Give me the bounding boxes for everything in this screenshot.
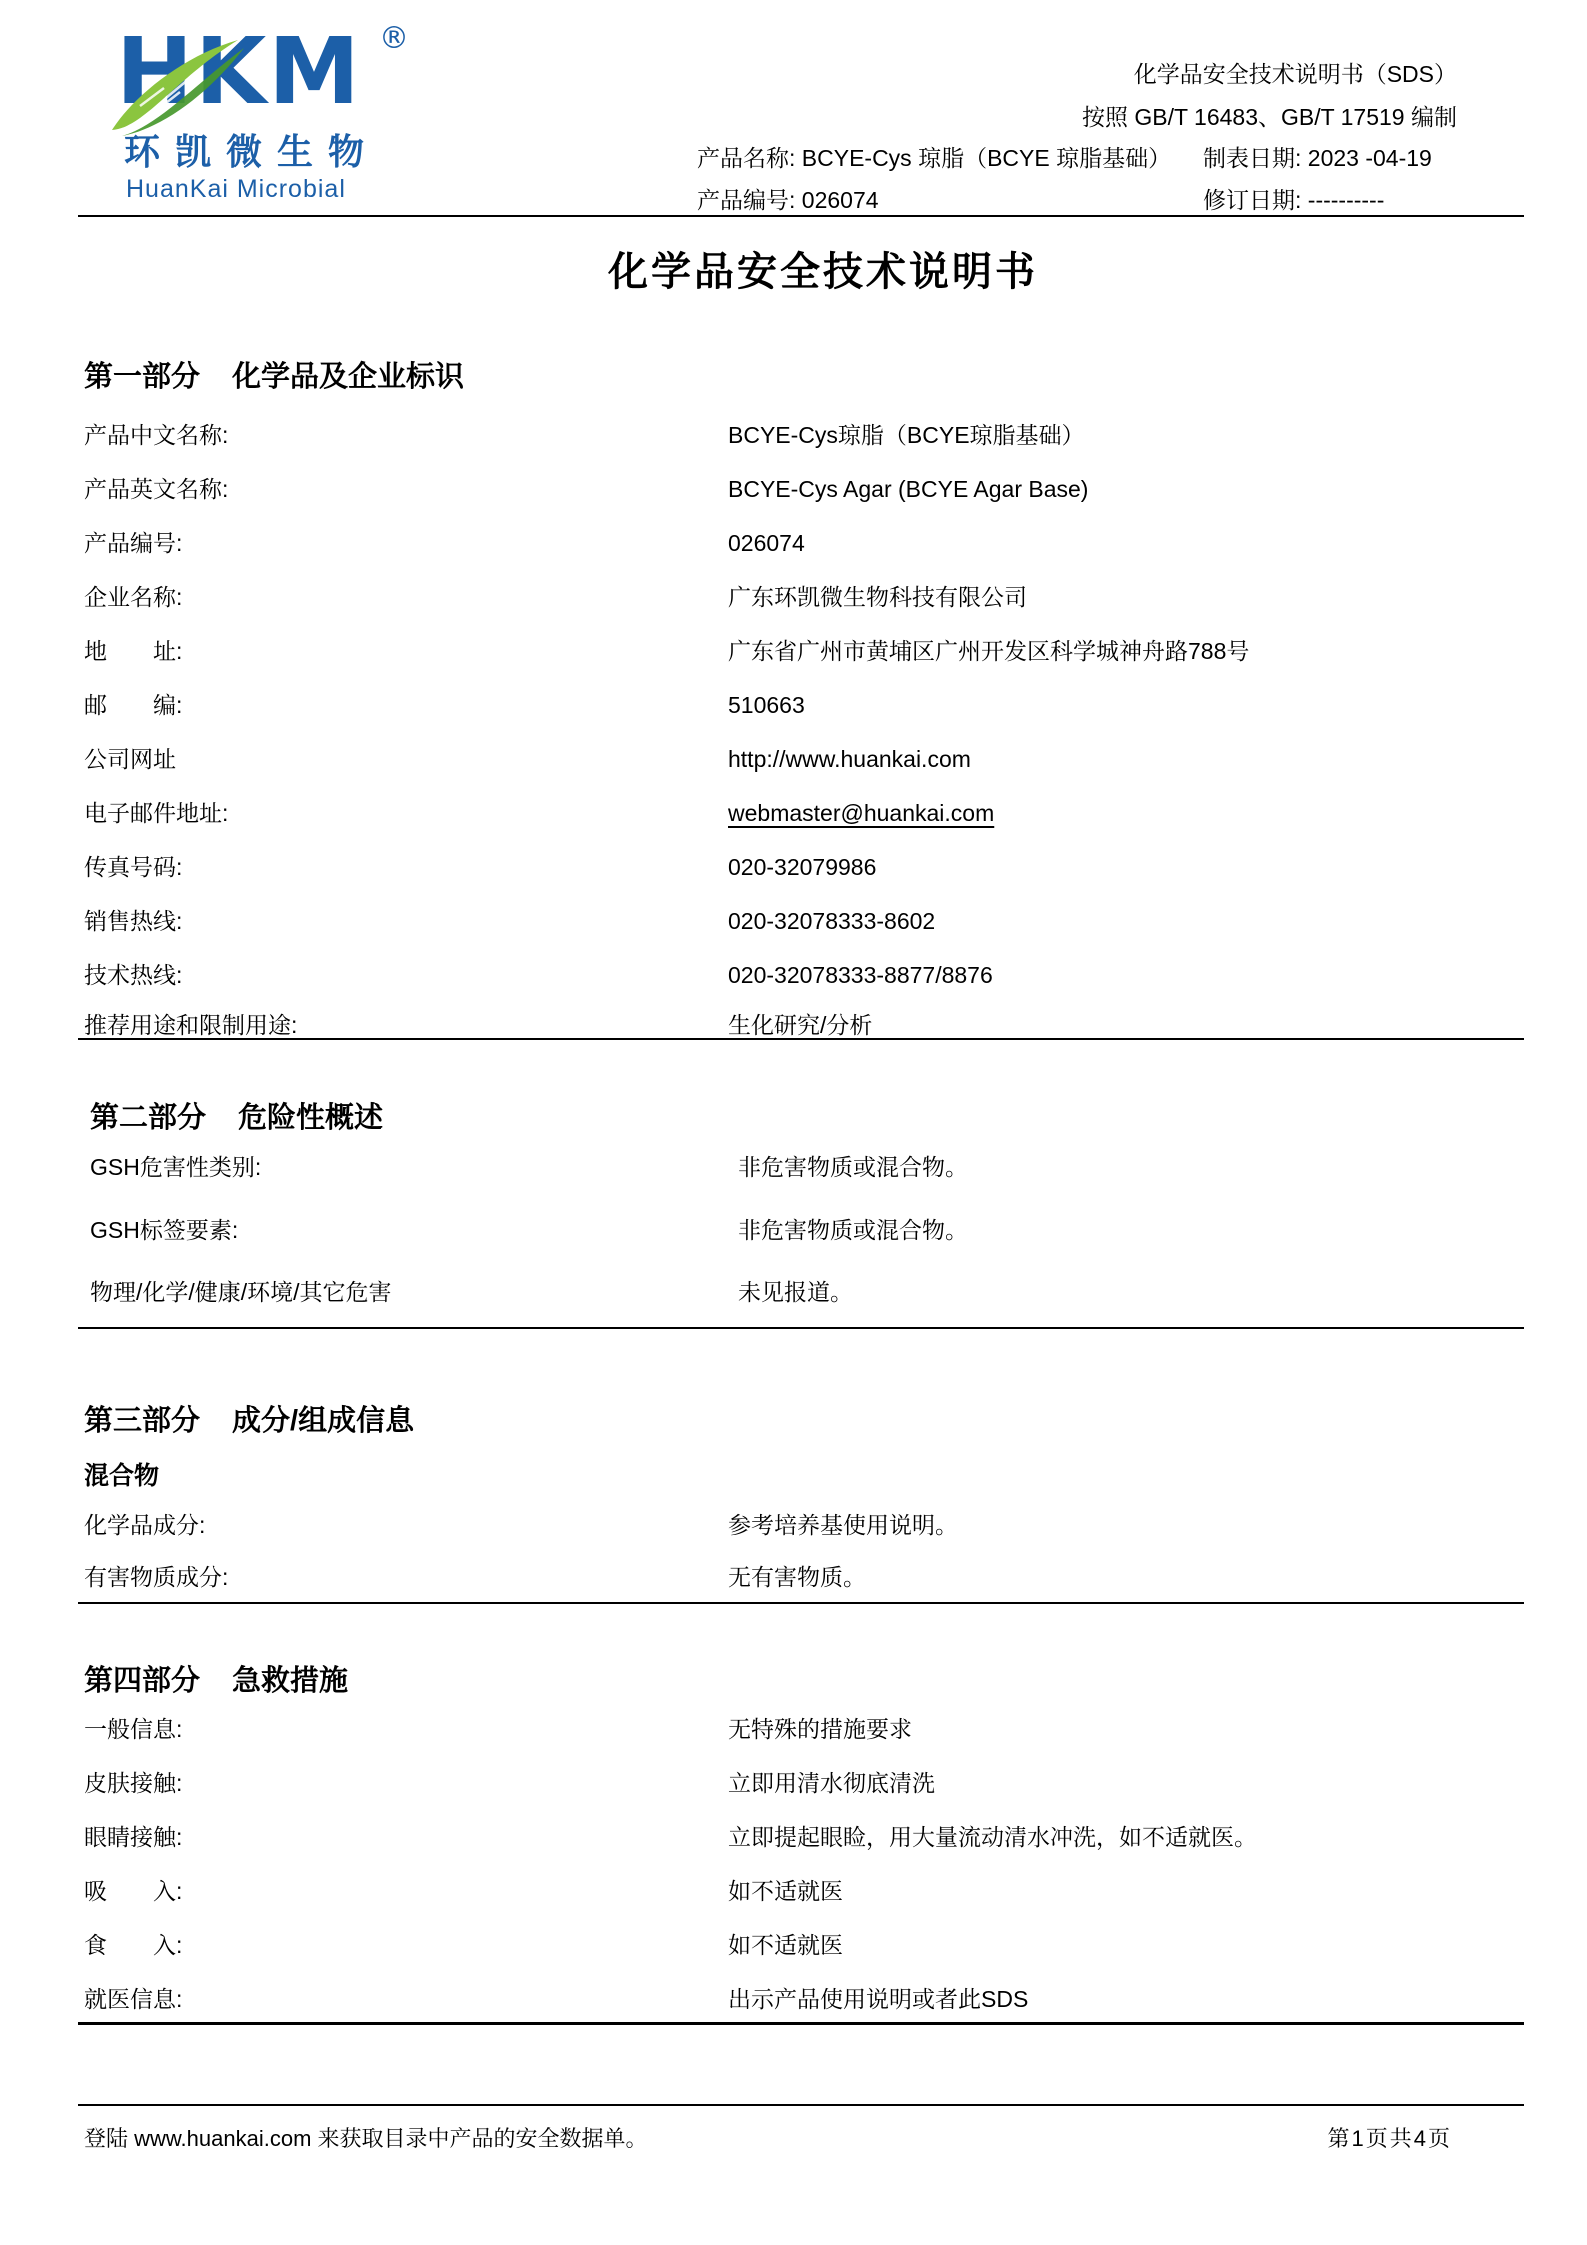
field-row: 技术热线: 020-32078333-8877/8876 <box>84 960 1514 990</box>
header-product-name: 产品名称: BCYE-Cys 琼脂（BCYE 琼脂基础） <box>697 140 1171 173</box>
logo-english-name: HuanKai Microbial <box>116 175 379 204</box>
header-revision-date: 修订日期: ---------- <box>1203 182 1384 215</box>
field-row: 产品英文名称: BCYE-Cys Agar (BCYE Agar Base) <box>84 474 1514 504</box>
header-divider <box>78 215 1524 217</box>
section-2-heading: 第二部分危险性概述 <box>90 1095 383 1136</box>
field-value: 未见报道。 <box>738 1277 853 1307</box>
sds-document-page: HKM® 环凯微生物 HuanKai Microbial 化学品安全技术说明书（… <box>0 0 1587 2245</box>
section-1-divider <box>78 1038 1524 1040</box>
field-row: 化学品成分: 参考培养基使用说明。 <box>84 1510 1514 1540</box>
standard-line: 按照 GB/T 16483、GB/T 17519 编制 <box>700 99 1457 132</box>
field-label: 产品中文名称: <box>84 422 228 448</box>
field-row: 产品编号: 026074 <box>84 528 1514 558</box>
revision-date-value: ---------- <box>1308 187 1385 213</box>
section-1-part: 第一部分 <box>84 361 200 393</box>
header-product-code: 产品编号: 026074 <box>697 182 879 215</box>
field-row: 推荐用途和限制用途: 生化研究/分析 <box>84 1010 1514 1040</box>
section-4-part: 第四部分 <box>84 1665 200 1697</box>
revision-date-label: 修订日期: <box>1203 187 1301 213</box>
field-row: 产品中文名称: BCYE-Cys琼脂（BCYE琼脂基础） <box>84 420 1514 450</box>
field-label: 化学品成分: <box>84 1512 205 1538</box>
registered-trademark-icon: ® <box>379 24 409 54</box>
field-row: 眼睛接触: 立即提起眼睑，用大量流动清水冲洗，如不适就医。 <box>84 1822 1514 1852</box>
doc-type-line: 化学品安全技术说明书（SDS） <box>700 56 1457 89</box>
field-value: 如不适就医 <box>728 1930 843 1960</box>
field-label: 就医信息: <box>84 1986 182 2012</box>
header-made-date: 制表日期: 2023 -04-19 <box>1203 140 1432 173</box>
field-row: 邮 编: 510663 <box>84 690 1514 720</box>
section-3-divider <box>78 1602 1524 1604</box>
field-value: 生化研究/分析 <box>728 1010 872 1040</box>
field-row: 有害物质成分: 无有害物质。 <box>84 1562 1514 1592</box>
made-date-label: 制表日期: <box>1203 145 1301 171</box>
field-label: 吸 入: <box>84 1878 182 1904</box>
section-1-name: 化学品及企业标识 <box>232 361 464 393</box>
company-logo: HKM® 环凯微生物 HuanKai Microbial <box>116 26 379 204</box>
field-label: 地 址: <box>84 638 182 664</box>
section-2-divider <box>78 1327 1524 1329</box>
footer-divider <box>78 2104 1524 2106</box>
field-label: 产品英文名称: <box>84 476 228 502</box>
made-date-value: 2023 -04-19 <box>1308 145 1432 171</box>
brand-text: HKM <box>116 18 362 125</box>
field-value: BCYE-Cys Agar (BCYE Agar Base) <box>728 474 1088 504</box>
field-label: 销售热线: <box>84 908 182 934</box>
field-row: 地 址: 广东省广州市黄埔区广州开发区科学城神舟路788号 <box>84 636 1514 666</box>
field-value: 510663 <box>728 690 805 720</box>
field-row: 就医信息: 出示产品使用说明或者此SDS <box>84 1984 1514 2014</box>
section-3-heading: 第三部分成分/组成信息 <box>84 1398 414 1439</box>
field-row: 传真号码: 020-32079986 <box>84 852 1514 882</box>
field-row: 一般信息: 无特殊的措施要求 <box>84 1714 1514 1744</box>
field-label: 推荐用途和限制用途: <box>84 1012 297 1038</box>
field-value: 参考培养基使用说明。 <box>728 1510 958 1540</box>
field-value: 020-32079986 <box>728 852 876 882</box>
field-label: 企业名称: <box>84 584 182 610</box>
field-row: 企业名称: 广东环凯微生物科技有限公司 <box>84 582 1514 612</box>
page-number: 第1页共4页 <box>1100 2122 1452 2153</box>
field-row: 食 入: 如不适就医 <box>84 1930 1514 1960</box>
page-title: 化学品安全技术说明书 <box>102 240 1544 297</box>
field-value: 出示产品使用说明或者此SDS <box>728 1984 1028 2014</box>
section-3-part: 第三部分 <box>84 1405 200 1437</box>
field-value: BCYE-Cys琼脂（BCYE琼脂基础） <box>728 420 1085 450</box>
field-row: GSH标签要素: 非危害物质或混合物。 <box>90 1215 1520 1245</box>
section-4-heading: 第四部分急救措施 <box>84 1658 348 1699</box>
field-label: 食 入: <box>84 1932 182 1958</box>
field-value: 广东环凯微生物科技有限公司 <box>728 582 1027 612</box>
field-value: 020-32078333-8602 <box>728 906 935 936</box>
field-value: 020-32078333-8877/8876 <box>728 960 993 990</box>
field-value: 非危害物质或混合物。 <box>738 1215 968 1245</box>
field-row: GSH危害性类别: 非危害物质或混合物。 <box>90 1152 1520 1182</box>
field-label: GSH危害性类别: <box>90 1154 261 1180</box>
section-4-name: 急救措施 <box>232 1665 348 1697</box>
field-label: 电子邮件地址: <box>84 800 228 826</box>
field-value: 广东省广州市黄埔区广州开发区科学城神舟路788号 <box>728 636 1249 666</box>
field-value: 如不适就医 <box>728 1876 843 1906</box>
field-value: 无有害物质。 <box>728 1562 866 1592</box>
field-label: 产品编号: <box>84 530 182 556</box>
mixture-subheading: 混合物 <box>84 1456 159 1492</box>
field-label: 物理/化学/健康/环境/其它危害 <box>90 1279 392 1305</box>
field-label: 一般信息: <box>84 1716 182 1742</box>
field-value: 立即提起眼睑，用大量流动清水冲洗，如不适就医。 <box>728 1822 1257 1852</box>
field-value: 非危害物质或混合物。 <box>738 1152 968 1182</box>
field-row: 电子邮件地址: webmaster@huankai.com <box>84 798 1514 828</box>
section-2-part: 第二部分 <box>90 1102 206 1134</box>
field-label: 邮 编: <box>84 692 182 718</box>
field-value: 026074 <box>728 528 805 558</box>
product-name-label: 产品名称: <box>697 145 795 171</box>
email-link[interactable]: webmaster@huankai.com <box>728 798 994 828</box>
section-4-divider <box>78 2022 1524 2025</box>
field-row: 物理/化学/健康/环境/其它危害 未见报道。 <box>90 1277 1520 1307</box>
product-code-value: 026074 <box>802 187 879 213</box>
field-row: 吸 入: 如不适就医 <box>84 1876 1514 1906</box>
logo-chinese-name: 环凯微生物 <box>116 124 379 175</box>
field-label: GSH标签要素: <box>90 1217 238 1243</box>
product-code-label: 产品编号: <box>697 187 795 213</box>
field-label: 有害物质成分: <box>84 1564 228 1590</box>
section-1-heading: 第一部分化学品及企业标识 <box>84 354 464 395</box>
field-label: 皮肤接触: <box>84 1770 182 1796</box>
field-row: 皮肤接触: 立即用清水彻底清洗 <box>84 1768 1514 1798</box>
product-name-value: BCYE-Cys 琼脂（BCYE 琼脂基础） <box>802 145 1171 171</box>
field-row: 公司网址 http://www.huankai.com <box>84 744 1514 774</box>
footer-note: 登陆 www.huankai.com 来获取目录中产品的安全数据单。 <box>84 2122 648 2153</box>
field-label: 眼睛接触: <box>84 1824 182 1850</box>
field-value: 无特殊的措施要求 <box>728 1714 912 1744</box>
field-label: 技术热线: <box>84 962 182 988</box>
field-label: 传真号码: <box>84 854 182 880</box>
section-3-name: 成分/组成信息 <box>232 1405 414 1437</box>
field-row: 销售热线: 020-32078333-8602 <box>84 906 1514 936</box>
field-value: 立即用清水彻底清洗 <box>728 1768 935 1798</box>
hkm-wordmark: HKM® <box>116 26 379 118</box>
field-label: 公司网址 <box>84 746 176 772</box>
section-2-name: 危险性概述 <box>238 1102 383 1134</box>
website-url: http://www.huankai.com <box>728 744 971 774</box>
